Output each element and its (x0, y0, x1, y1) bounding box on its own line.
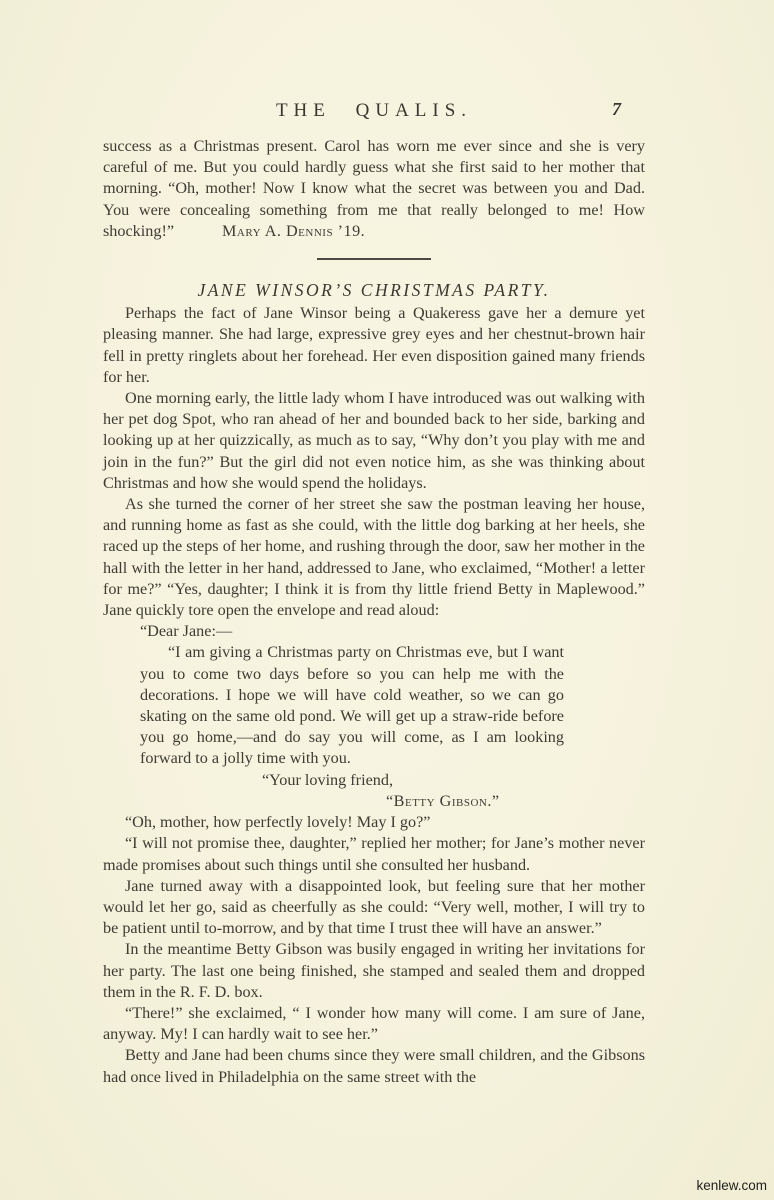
story-paragraph: As she turned the corner of her street s… (103, 494, 645, 621)
section-divider-wrap (103, 248, 645, 269)
letter-signature: “Betty Gibson.” (140, 791, 564, 812)
letter-salutation: “Dear Jane:— (140, 621, 564, 642)
letter-closing: “Your loving friend, (140, 770, 564, 791)
watermark-text: kenlew.com (696, 1178, 767, 1193)
story-paragraph: Betty and Jane had been chums since they… (103, 1045, 645, 1087)
story-paragraph: Perhaps the fact of Jane Winsor being a … (103, 303, 645, 388)
running-title: THE QUALIS. (103, 100, 645, 122)
text-column: success as a Christmas present. Carol ha… (103, 136, 645, 1088)
story-paragraph: “I will not promise thee, daughter,” rep… (103, 833, 645, 875)
story-paragraph: “There!” she exclaimed, “ I wonder how m… (103, 1003, 645, 1045)
continuation-text: success as a Christmas present. Carol ha… (103, 137, 645, 240)
section-divider-rule (317, 258, 431, 260)
author-byline: Mary A. Dennis ’19. (222, 222, 365, 240)
scanned-page: THE QUALIS. 7 success as a Christmas pre… (0, 0, 774, 1200)
letter-block: “Dear Jane:— “I am giving a Christmas pa… (140, 621, 564, 812)
continuation-paragraph: success as a Christmas present. Carol ha… (103, 136, 645, 242)
letter-body: “I am giving a Christmas party on Christ… (140, 642, 564, 769)
story-title: JANE WINSOR’S CHRISTMAS PARTY. (103, 278, 645, 302)
story-paragraph: In the meantime Betty Gibson was busily … (103, 939, 645, 1003)
story-paragraph: One morning early, the little lady whom … (103, 388, 645, 494)
story-paragraph: “Oh, mother, how perfectly lovely! May I… (103, 812, 645, 833)
page-number: 7 (612, 99, 621, 120)
story-paragraph: Jane turned away with a disappointed loo… (103, 876, 645, 940)
